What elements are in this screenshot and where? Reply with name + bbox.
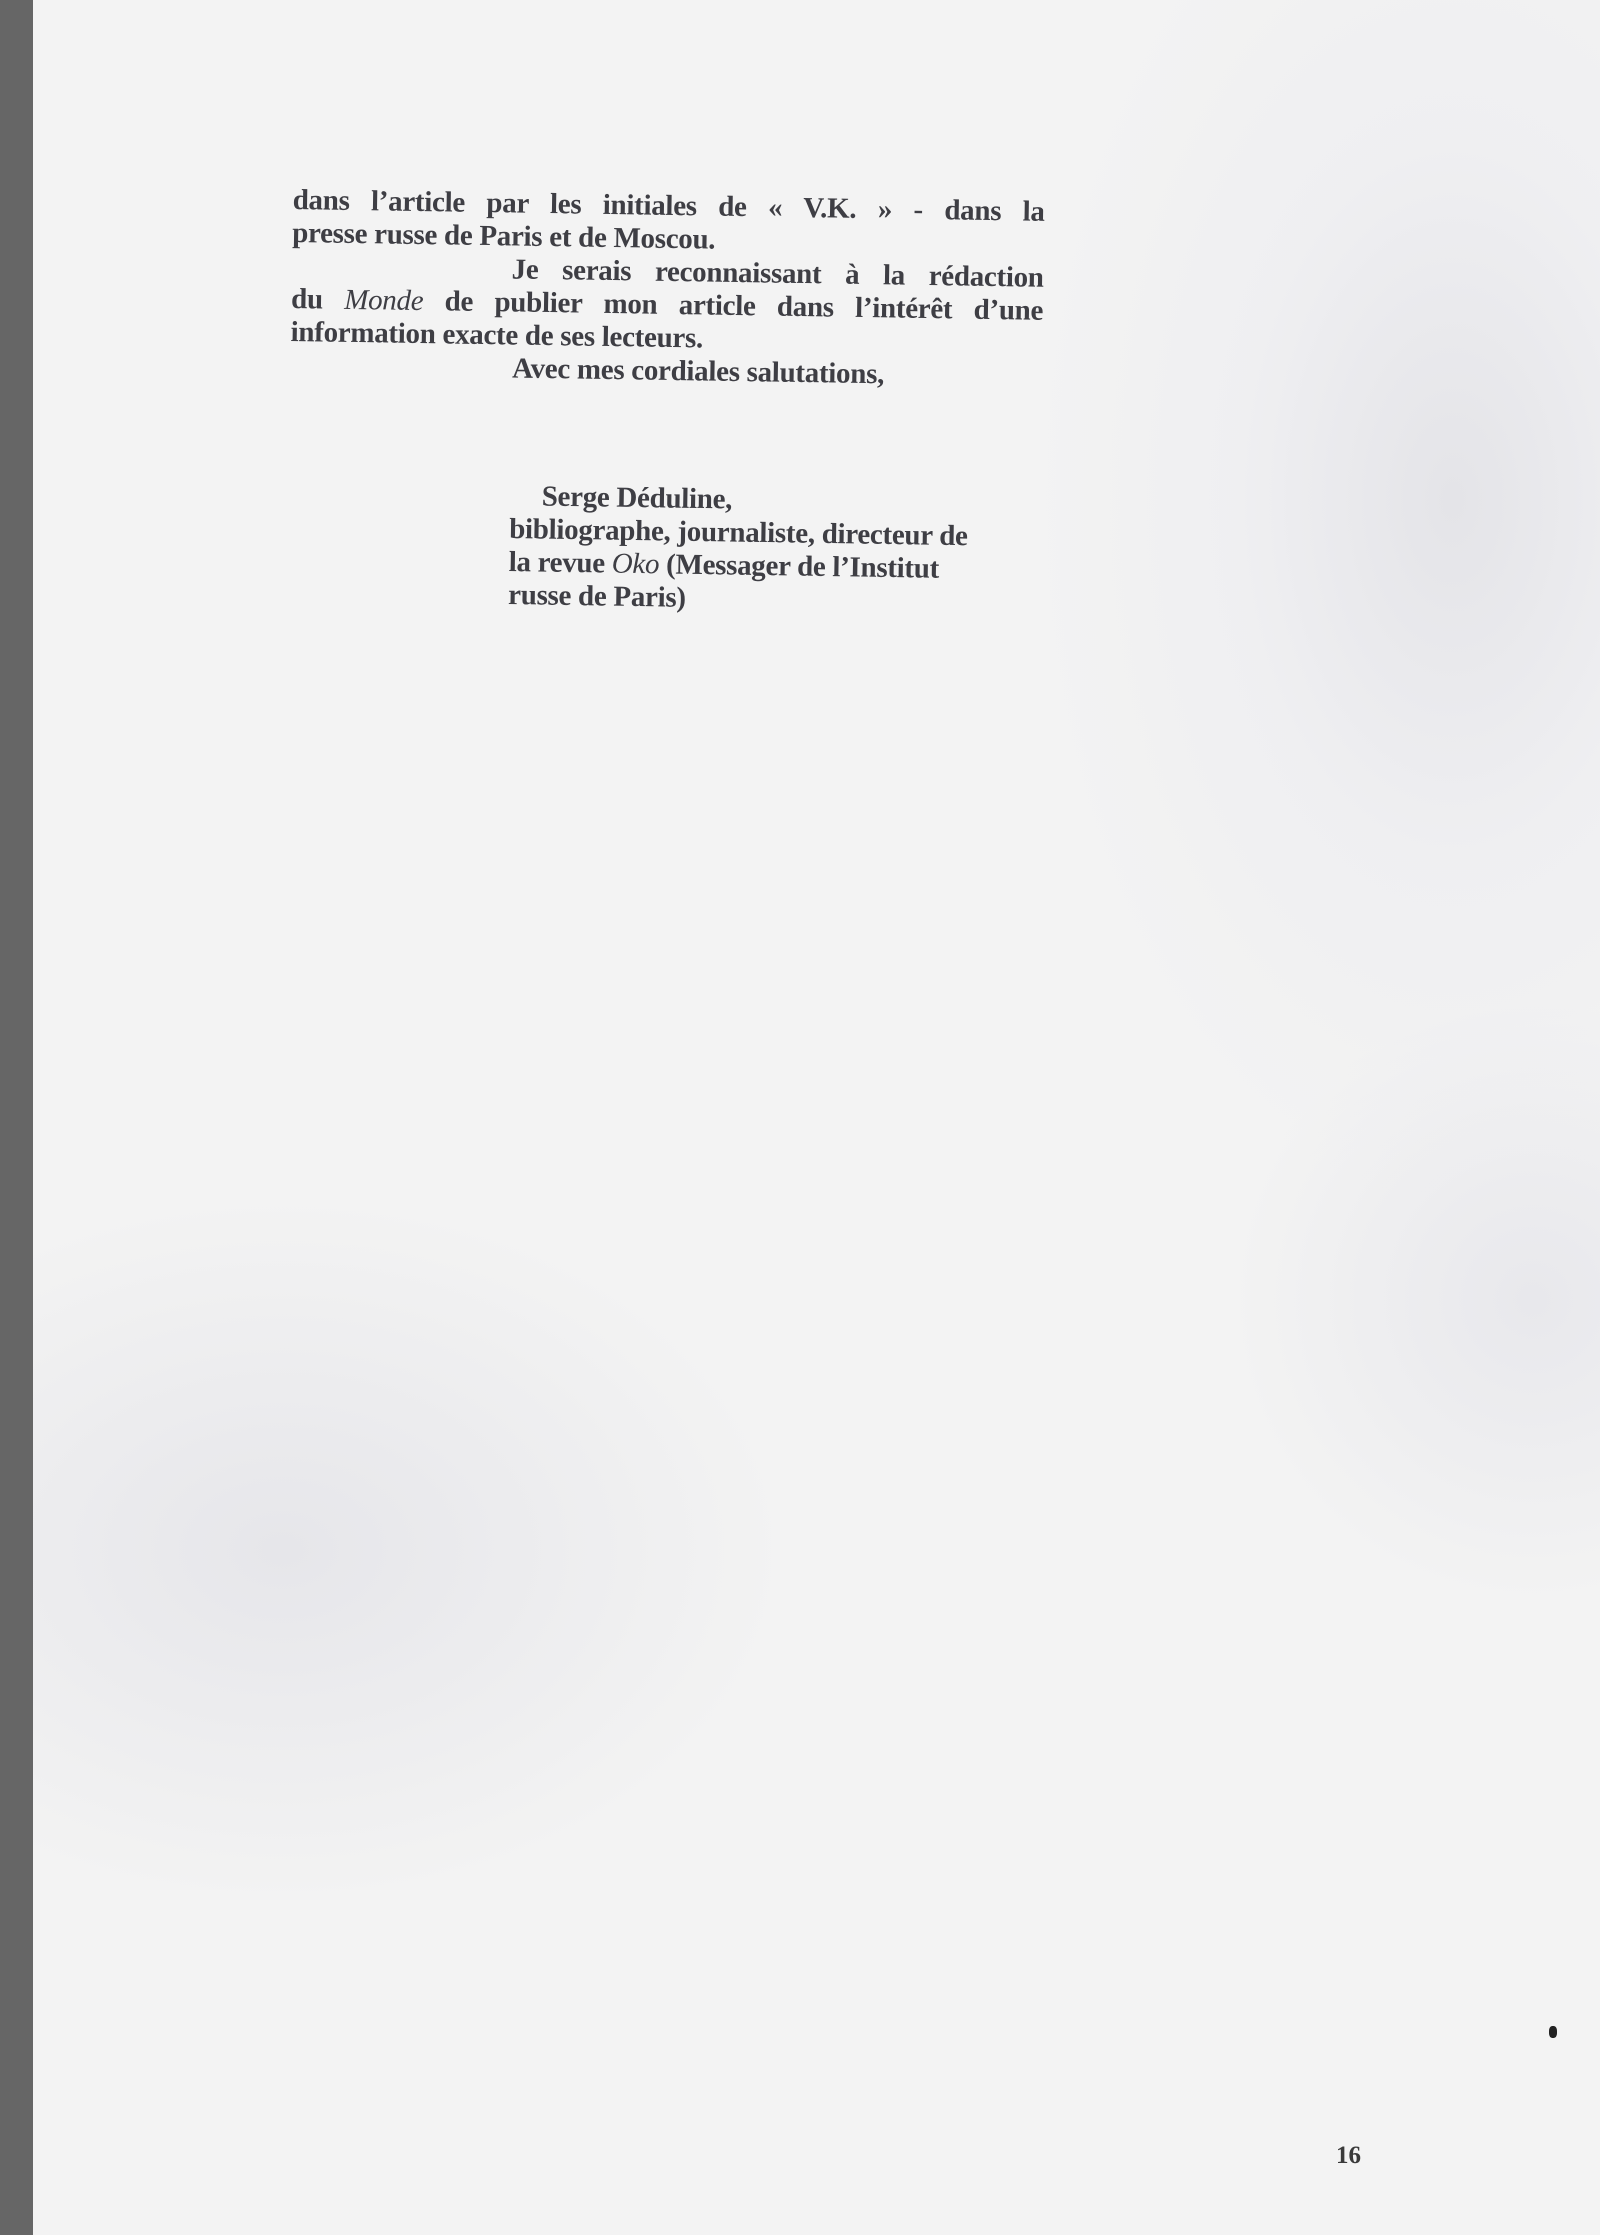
body-line-4-prefix: du: [291, 283, 323, 315]
scanner-edge: [0, 0, 33, 2235]
scan-speck: [1549, 2026, 1557, 2038]
signature-block: Serge Déduline, bibliographe, journalist…: [508, 480, 1050, 620]
signature-title-2-prefix: la revue: [508, 546, 605, 580]
journal-name: Oko: [612, 548, 660, 581]
signature-title-2-suffix: (Messager de l’Institut: [666, 548, 939, 584]
letter-body: dans l’article par les initiales de « V.…: [290, 184, 1045, 394]
newspaper-name: Monde: [344, 284, 424, 317]
page-number: 16: [1336, 2142, 1361, 2170]
